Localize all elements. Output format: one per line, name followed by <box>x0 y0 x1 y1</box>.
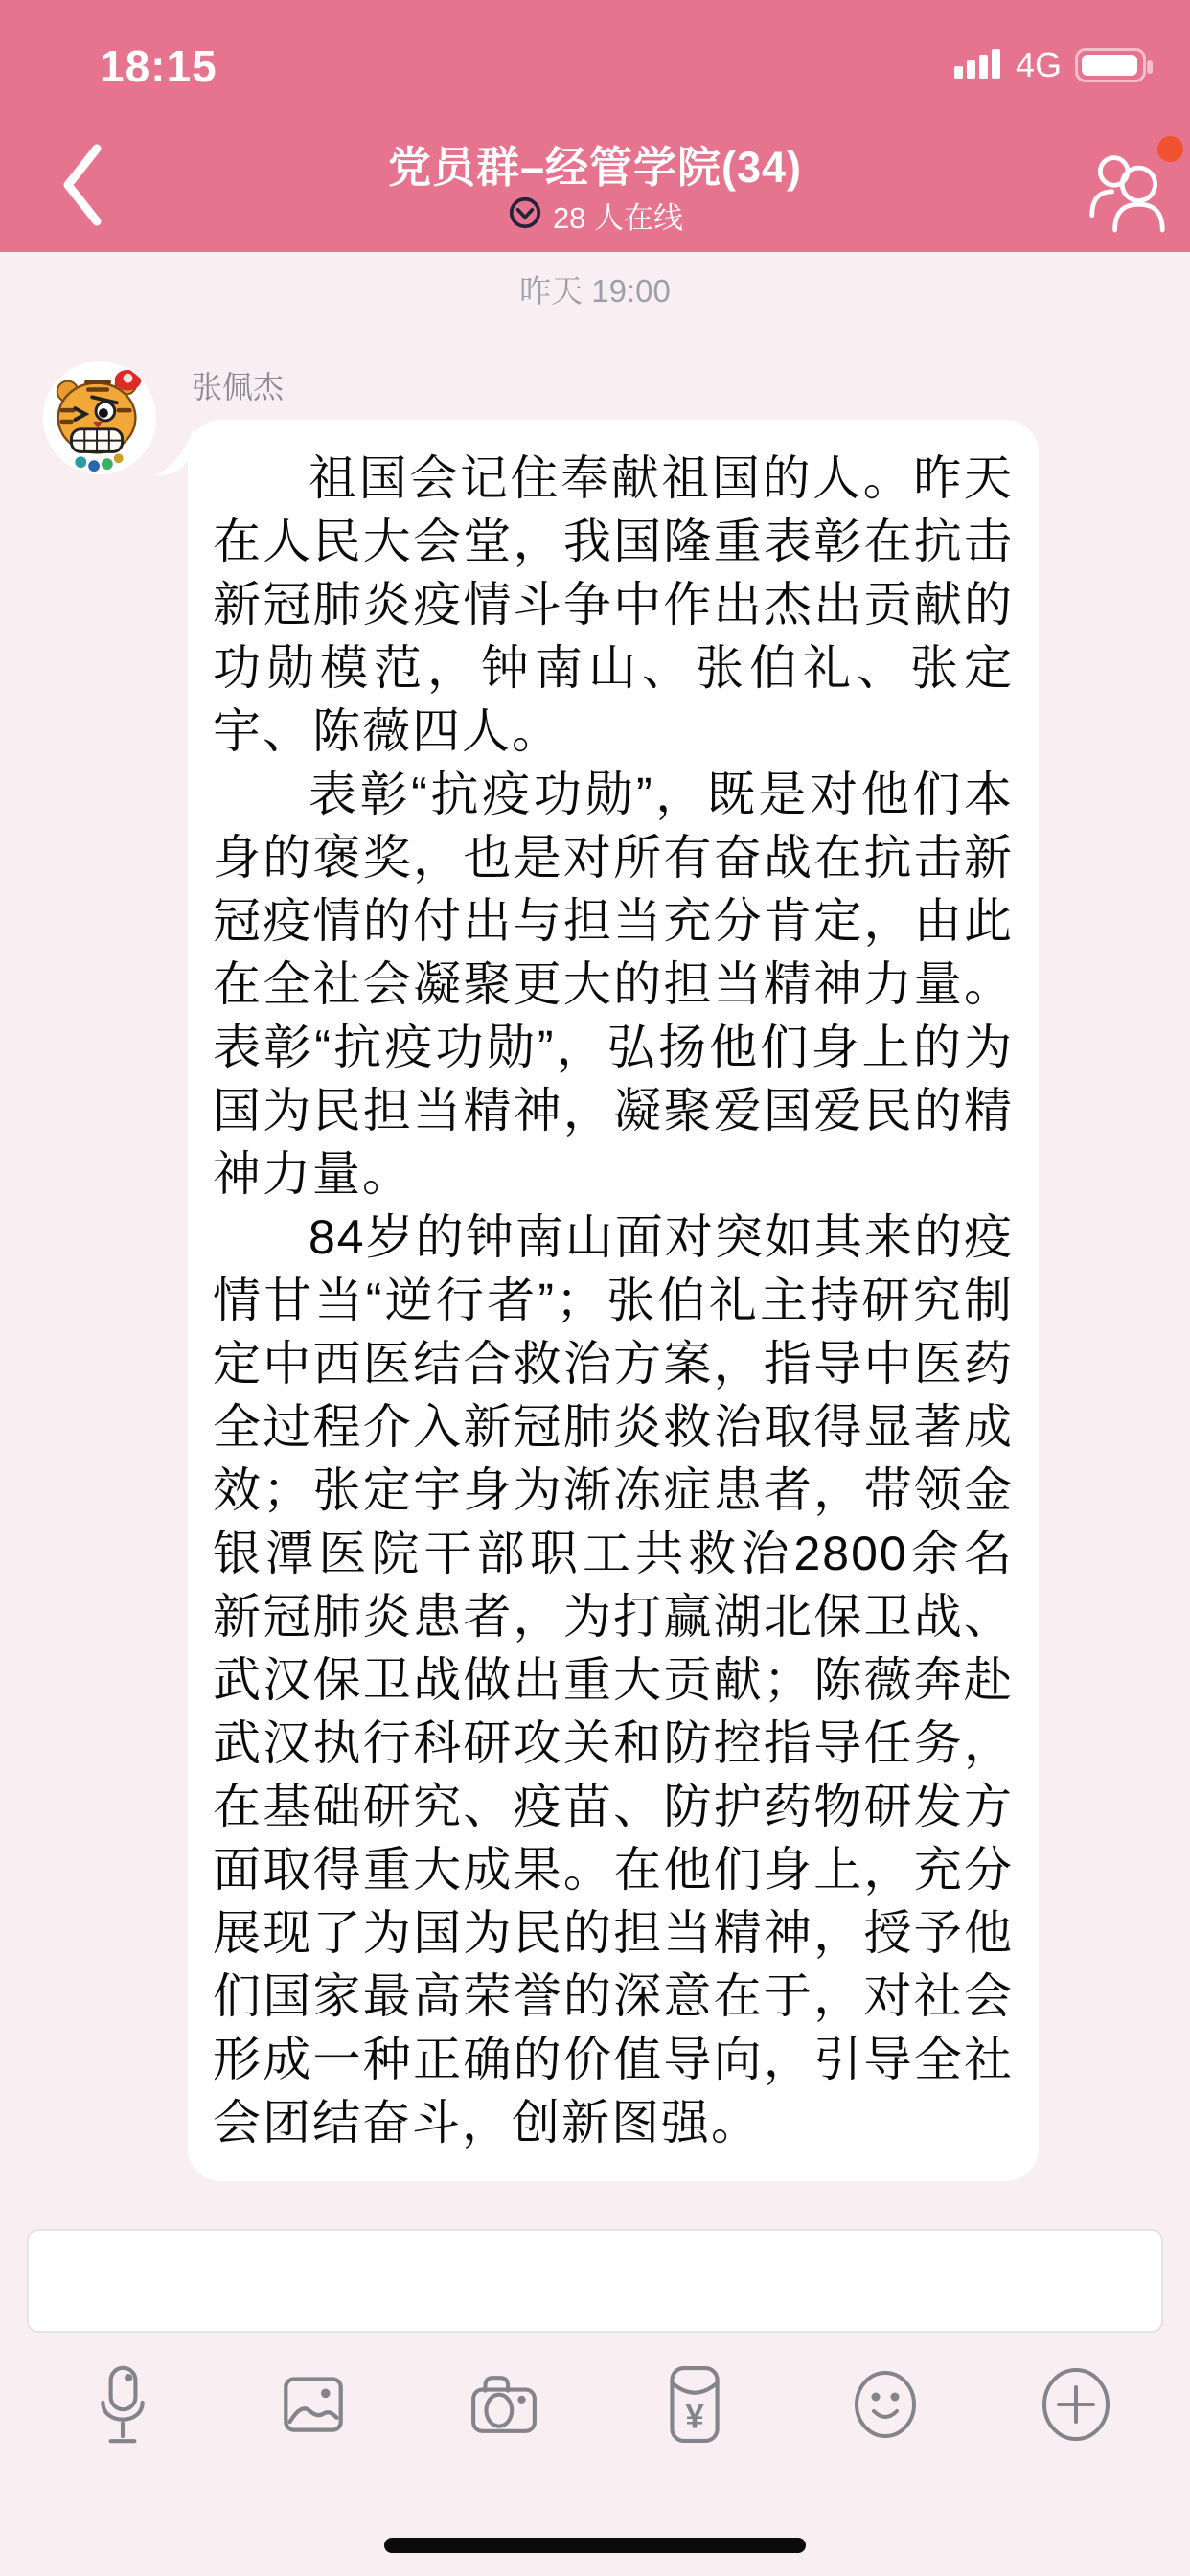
sender-name: 张佩杰 <box>192 363 284 407</box>
home-indicator[interactable] <box>384 2538 806 2553</box>
message-bubble[interactable]: 祖国会记住奉献祖国的人。昨天在人民大会堂，我国隆重表彰在抗击新冠肺炎疫情斗争中作… <box>188 420 1039 2181</box>
emoji-icon <box>851 2370 920 2442</box>
microphone-icon <box>91 2362 154 2449</box>
red-packet-icon: ¥ <box>665 2365 724 2447</box>
plus-icon <box>1039 2367 1113 2445</box>
camera-button[interactable] <box>456 2357 552 2453</box>
bubble-tail <box>155 425 194 484</box>
red-packet-button[interactable]: ¥ <box>647 2357 743 2453</box>
signal-strength-icon <box>954 47 1002 84</box>
avatar[interactable] <box>43 361 156 474</box>
status-time: 18:15 <box>100 40 217 92</box>
gallery-icon <box>281 2374 346 2438</box>
message-input[interactable] <box>27 2229 1163 2333</box>
group-members-button[interactable] <box>1071 134 1190 241</box>
battery-icon <box>1075 48 1146 82</box>
chat-title: 党员群–经管学院(34) <box>0 132 1190 195</box>
yuan-symbol: ¥ <box>685 2398 704 2435</box>
notification-badge-dot <box>1157 136 1183 162</box>
chat-screen: 18:15 4G 党员群–经管学院(34) <box>0 0 1190 2576</box>
network-type-label: 4G <box>1016 45 1062 85</box>
status-indicators: 4G <box>954 46 1146 84</box>
more-actions-button[interactable] <box>1028 2357 1124 2453</box>
composer-toolbar: ¥ <box>0 2357 1190 2453</box>
online-check-icon <box>507 195 543 236</box>
message-paragraph: 表彰“抗疫功勋”，既是对他们本身的褒奖，也是对所有奋战在抗击新冠疫情的付出与担当… <box>213 763 1014 1206</box>
emoji-button[interactable] <box>837 2357 933 2453</box>
message-paragraph: 祖国会记住奉献祖国的人。昨天在人民大会堂，我国隆重表彰在抗击新冠肺炎疫情斗争中作… <box>213 447 1014 763</box>
date-separator: 昨天 19:00 <box>0 266 1190 311</box>
online-count-label: 28 人在线 <box>553 194 683 237</box>
photo-gallery-button[interactable] <box>265 2357 361 2453</box>
voice-message-button[interactable] <box>75 2357 171 2453</box>
chat-header: 18:15 4G 党员群–经管学院(34) <box>0 0 1190 252</box>
tiger-avatar-image <box>43 462 156 474</box>
message-paragraph: 84岁的钟南山面对突如其来的疫情甘当“逆行者”；张伯礼主持研究制定中西医结合救治… <box>213 1206 1014 2154</box>
online-status: 28 人在线 <box>0 194 1190 237</box>
camera-icon <box>469 2374 538 2438</box>
